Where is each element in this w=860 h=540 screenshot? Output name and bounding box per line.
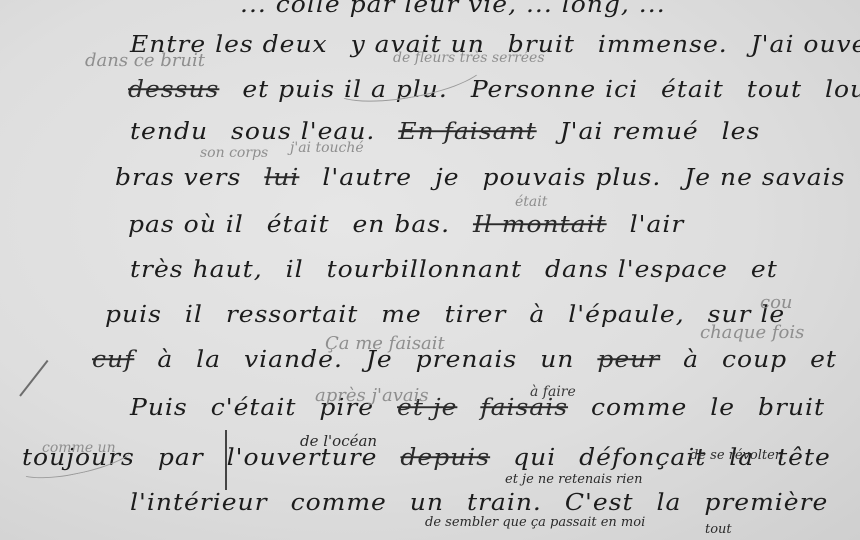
manuscript-line-4: bras vers lui l'autre je pouvais plus. J… [115,163,859,191]
line-word: coup [722,345,787,373]
line-word: c'était [211,393,297,421]
stray-pencil-mark [19,360,48,397]
line-word: la [196,345,221,373]
line-word: bras vers [115,163,241,191]
ink-descender-mark [225,430,227,490]
line-word: par [158,443,204,471]
line-word: il [286,255,304,283]
pencil-annotation: cou [760,292,793,313]
ink-annotation: de l'océan [300,432,377,450]
pencil-insertion-curve [13,430,139,487]
line-word: Puis [130,393,188,421]
manuscript-page: ... collé par leur vie, ... long, ... En… [0,0,860,540]
line-word: dans l'espace [545,255,728,283]
line-word: à [529,300,545,328]
line-word: l'air [630,210,685,238]
line-word: le [710,393,735,421]
line-word: tirer [445,300,507,328]
line-word: je [435,163,460,191]
struck-word: depuis [400,443,490,471]
manuscript-line-0: ... collé par leur vie, ... long, ... [240,0,680,18]
line-word: à [683,345,699,373]
struck-word: dessus [128,75,219,103]
line-word: tendu [130,117,208,145]
line-word: et [751,255,778,283]
line-word: l'épaule, [568,300,684,328]
pencil-annotation: son corps [200,145,268,161]
line-word: les [722,117,761,145]
line-word: bruit [758,393,825,421]
line-word: ressortait [226,300,358,328]
line-word: était [661,75,724,103]
line-word: Je ne savais [684,163,845,191]
struck-word: En faisant [398,117,536,145]
line-word: J'ai ouvert [751,30,860,58]
line-word: train. [467,488,542,516]
line-word: l'autre [322,163,412,191]
ink-annotation: et je ne retenais rien [505,472,642,487]
line-word: qui [513,443,556,471]
line-word: en bas. [352,210,450,238]
line-word: l'intérieur [130,488,268,516]
line-word: tout [747,75,802,103]
struck-word: lui [264,163,299,191]
line-word: première [704,488,828,516]
manuscript-line-11: l'intérieur comme un train. C'est la pre… [130,488,842,516]
pencil-annotation: j'ai touché [290,140,364,156]
line-word: immense. [598,30,728,58]
line-word: comme [591,393,687,421]
line-word: lourd [825,75,860,103]
line-word: un [540,345,574,373]
line-text: ... collé par leur vie, ... long, ... [240,0,666,18]
pencil-annotation: Ça me faisait [325,333,445,354]
line-word: était [267,210,330,238]
ink-annotation: de se révolter. [690,448,784,463]
line-word: J'ai remué [560,117,699,145]
line-word: défonçait [579,443,706,471]
line-word: pas où il [128,210,244,238]
pencil-annotation: après j'avais [315,385,429,406]
line-word: et [810,345,837,373]
manuscript-line-7: puis il ressortait me tirer à l'épaule, … [105,300,799,328]
pencil-annotation: dans ce bruit [85,50,205,71]
manuscript-line-5: pas où il était en bas. Il montait l'air [128,210,698,238]
manuscript-line-8: cuf à la viande. Je prenais un peur à co… [92,345,851,373]
manuscript-line-9: Puis c'était pire et je faisais comme le… [130,393,839,421]
ink-annotation: tout [705,522,732,537]
line-word: comme [291,488,387,516]
line-word: tourbillonnant [327,255,522,283]
ink-annotation: de sembler que ça passait en moi [425,515,645,530]
line-word: très haut, [130,255,263,283]
struck-word: Il montait [473,210,607,238]
line-word: Personne ici [471,75,638,103]
manuscript-line-3: tendu sous l'eau. En faisant J'ai remué … [130,117,774,145]
line-word: un [410,488,444,516]
manuscript-line-6: très haut, il tourbillonnant dans l'espa… [130,255,792,283]
line-word: la [656,488,681,516]
manuscript-line-2: dessus et puis il a plu. Personne ici ét… [128,75,860,103]
line-word: à [157,345,173,373]
struck-word: cuf [92,345,134,373]
line-word: C'est [565,488,634,516]
line-word: puis [105,300,162,328]
pencil-annotation: à faire [530,384,576,400]
line-word: il [185,300,203,328]
pencil-annotation: chaque fois [700,322,804,343]
pencil-annotation: était [515,194,547,210]
line-word: pouvais plus. [482,163,661,191]
struck-word: peur [597,345,660,373]
line-word: tête [777,443,831,471]
line-word: me [381,300,422,328]
